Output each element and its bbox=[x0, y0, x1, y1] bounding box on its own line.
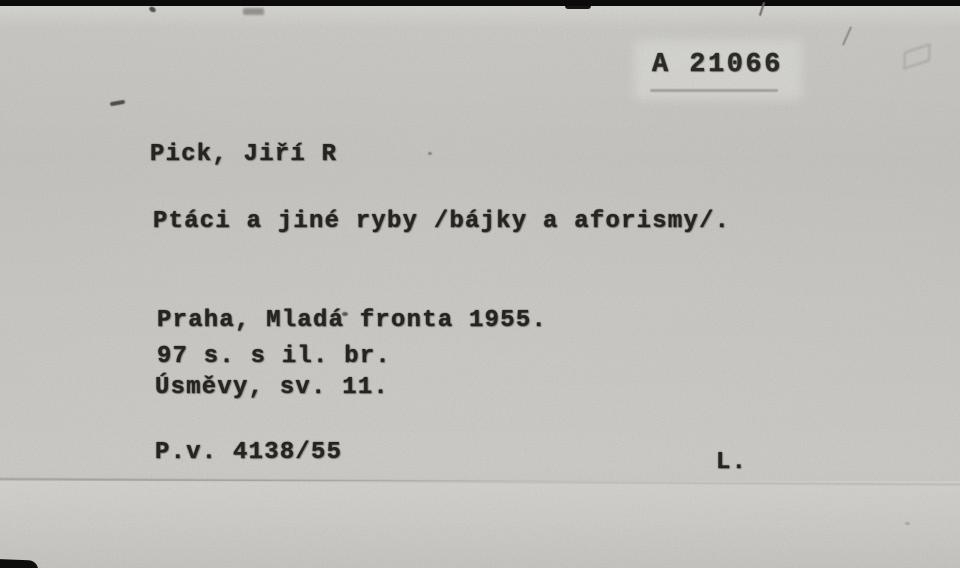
series-line: Úsměvy, sv. 11. bbox=[155, 375, 389, 401]
author-line: Pick, Jiří R bbox=[150, 142, 337, 168]
accession-number: A 21066 bbox=[652, 52, 783, 78]
scan-artifact bbox=[148, 6, 157, 14]
scan-top-edge bbox=[0, 0, 960, 6]
title-line: Ptáci a jiné ryby /bájky a aforismy/. bbox=[153, 209, 730, 235]
scan-artifact bbox=[243, 8, 264, 15]
scan-artifact bbox=[903, 43, 930, 70]
cataloguer-mark: L. bbox=[716, 450, 747, 476]
scan-artifact bbox=[428, 152, 432, 155]
accession-underline bbox=[650, 89, 778, 92]
scan-artifact bbox=[842, 26, 852, 45]
underlying-card-edge bbox=[0, 481, 960, 568]
scan-bottom-left-corner bbox=[0, 559, 39, 568]
imprint-line: Praha, Mladá fronta 1955. bbox=[157, 308, 547, 334]
catalog-card-scan: A 21066 Pick, Jiří R Ptáci a jiné ryby /… bbox=[0, 0, 960, 568]
scan-artifact bbox=[905, 522, 910, 525]
scan-artifact bbox=[110, 100, 125, 107]
card-bottom-edge-line bbox=[0, 478, 960, 486]
record-number-line: P.v. 4138/55 bbox=[155, 440, 342, 466]
collation-line: 97 s. s il. br. bbox=[157, 344, 391, 370]
